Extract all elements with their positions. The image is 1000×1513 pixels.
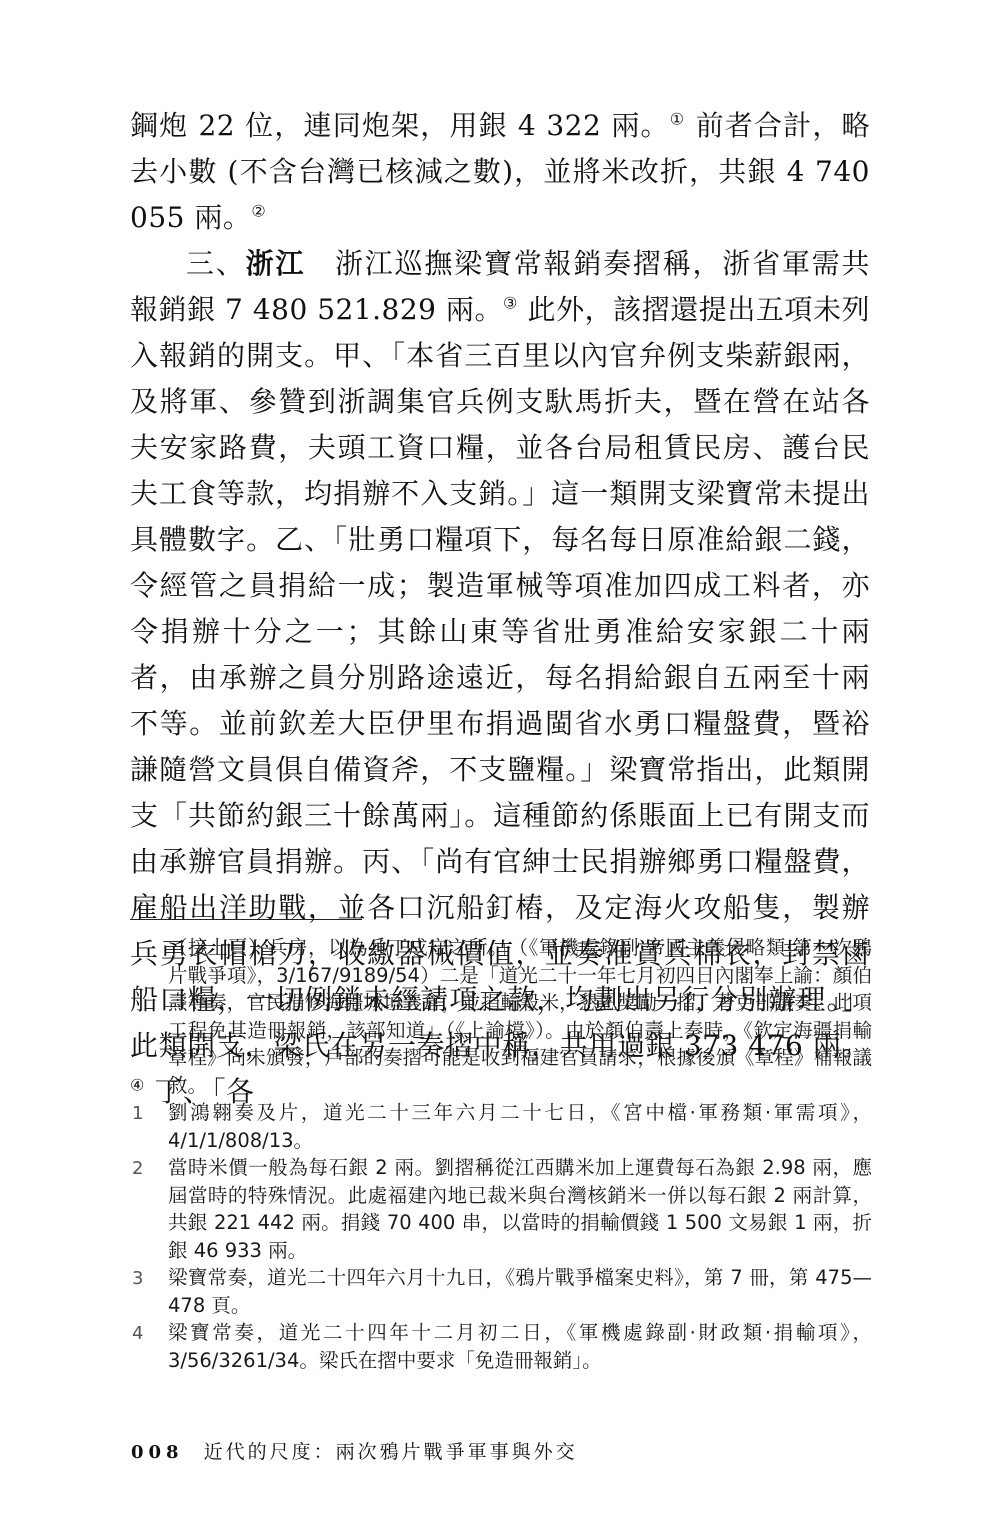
footnote-marker: ③ [503, 294, 518, 313]
footnote-text: 劉鴻翱奏及片，道光二十三年六月二十七日，《宮中檔·軍務類·軍需項》，4/1/1/… [168, 1101, 872, 1152]
page-footer: 008近代的尺度：兩次鴉片戰爭軍事與外交 [131, 1437, 578, 1464]
body-text-run: 三、 [186, 247, 246, 280]
body-text-run: 鋼炮 22 位，連同炮架，用銀 4 322 兩。 [130, 109, 670, 142]
emphasis-text: 浙江 [246, 247, 306, 280]
footnote-number: 2 [132, 1155, 143, 1183]
footnote-item: 4梁寶常奏，道光二十四年十二月初二日，《軍機處錄副·財政類·捐輸項》，3/56/… [130, 1319, 872, 1374]
paragraph: 鋼炮 22 位，連同炮架，用銀 4 322 兩。① 前者合計，略去小數 (不含台… [130, 103, 870, 241]
page-number: 008 [131, 1442, 184, 1463]
book-title: 近代的尺度：兩次鴉片戰爭軍事與外交 [204, 1441, 578, 1463]
footnote-continuation: （接上頁）兵房，以為兵丁戍守之所。」（《軍機處錄副·帝國主義侵略類·第一次鴉片戰… [168, 934, 872, 1099]
footnote-number: 4 [132, 1320, 143, 1348]
footnote-marker: ① [670, 110, 686, 129]
footnote-text: 當時米價一般為每石銀 2 兩。劉摺稱從江西購米加上運費每石為銀 2.98 兩，應… [168, 1156, 872, 1262]
footnote-text: 梁寶常奏，道光二十四年六月十九日，《鴉片戰爭檔案史料》，第 7 冊，第 475—… [168, 1266, 872, 1317]
footnote-item: 3梁寶常奏，道光二十四年六月十九日，《鴉片戰爭檔案史料》，第 7 冊，第 475… [130, 1264, 872, 1319]
footnote-divider [130, 919, 362, 920]
footnote-list: 1劉鴻翱奏及片，道光二十三年六月二十七日，《宮中檔·軍務類·軍需項》，4/1/1… [130, 1099, 872, 1374]
footnote-marker: ② [251, 202, 266, 221]
footnote-number: 3 [132, 1265, 143, 1293]
footnotes: （接上頁）兵房，以為兵丁戍守之所。」（《軍機處錄副·帝國主義侵略類·第一次鴉片戰… [130, 934, 872, 1374]
footnote-number: 1 [132, 1100, 143, 1128]
footnote-item: 2當時米價一般為每石銀 2 兩。劉摺稱從江西購米加上運費每石為銀 2.98 兩，… [130, 1154, 872, 1264]
footnote-item: 1劉鴻翱奏及片，道光二十三年六月二十七日，《宮中檔·軍務類·軍需項》，4/1/1… [130, 1099, 872, 1154]
footnote-text: 梁寶常奏，道光二十四年十二月初二日，《軍機處錄副·財政類·捐輸項》，3/56/3… [168, 1321, 872, 1372]
book-page: 鋼炮 22 位，連同炮架，用銀 4 322 兩。① 前者合計，略去小數 (不含台… [0, 0, 1000, 1513]
